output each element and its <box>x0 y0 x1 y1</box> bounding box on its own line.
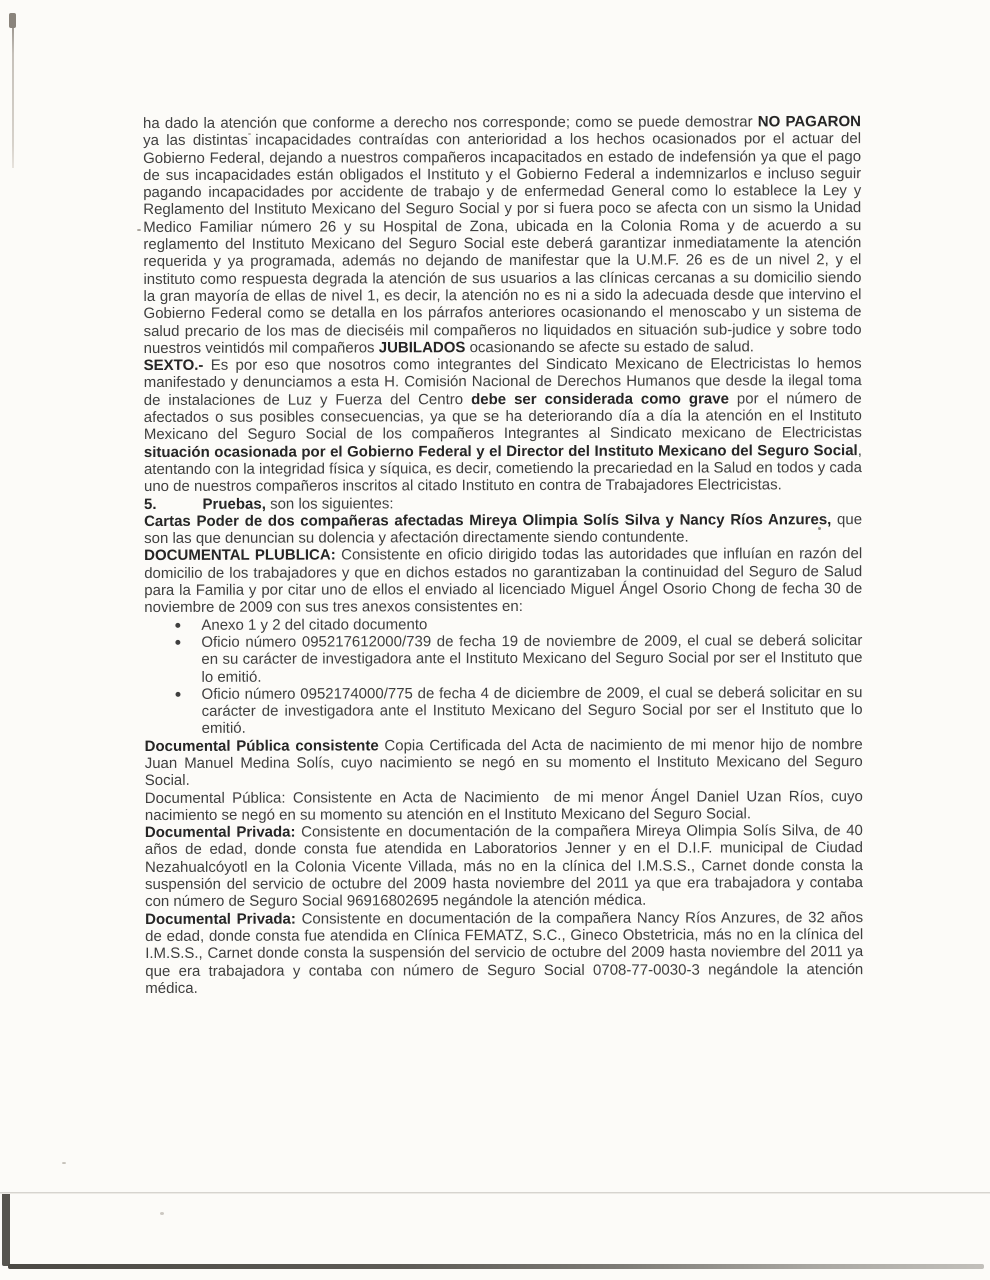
paragraph-documental-publica-oficio: DOCUMENTAL PLUBLICA: Consistente en ofic… <box>144 546 862 617</box>
bold-text-run: Documental Privada: <box>145 910 296 927</box>
scan-artifact-topleft-line <box>12 16 14 168</box>
text-run: Oficio número 095217612000/739 de fecha … <box>201 632 862 685</box>
text-run: Anexo 1 y 2 del citado documento <box>201 616 427 634</box>
paragraph-incapacidades: ha dado la atención que conforme a derec… <box>143 113 862 357</box>
scan-artifact-page-fold-line <box>0 1192 990 1193</box>
paragraph-documental-publica-acta-juan: Documental Pública consistente Copia Cer… <box>145 736 863 790</box>
text-run: ya las distintas incapacidades contraída… <box>143 130 862 356</box>
evidence-bullet-list: Anexo 1 y 2 del citado documento Oficio … <box>144 615 862 738</box>
scan-speck <box>160 1212 164 1215</box>
bold-text-run: Documental Pública consistente <box>145 737 379 755</box>
bold-text-run: JUBILADOS <box>379 339 466 356</box>
bullet-item-anexo: Anexo 1 y 2 del citado documento <box>144 615 862 634</box>
text-run: ha dado la atención que conforme a derec… <box>143 113 758 132</box>
bold-text-run: situación ocasionada por el Gobierno Fed… <box>144 442 858 461</box>
scan-speck <box>62 1162 66 1164</box>
text-run: ocasionando se afecte su estado de salud… <box>465 338 754 356</box>
scan-artifact-topleft-blob <box>9 13 16 28</box>
bold-text-run: Pruebas, <box>203 495 266 512</box>
bold-text-run: NO PAGARON <box>758 113 861 130</box>
document-body: ha dado la atención que conforme a derec… <box>143 113 863 997</box>
scan-artifact-bottom-edge-bar <box>8 1264 984 1269</box>
bold-text-run: SEXTO.- <box>144 357 204 374</box>
text-run: Oficio número 0952174000/775 de fecha 4 … <box>201 684 862 737</box>
paragraph-documental-privada-mireya: Documental Privada: Consistente en docum… <box>145 822 863 910</box>
paragraph-sexto: SEXTO.- Es por eso que nosotros como int… <box>144 355 862 495</box>
pruebas-heading: 5.Pruebas, son los siguientes: <box>144 494 862 513</box>
bold-text-run: 5. <box>144 495 157 512</box>
bullet-item-oficio-775: Oficio número 0952174000/775 de fecha 4 … <box>144 684 862 738</box>
paragraph-documental-publica-acta-angel: Documental Pública: Consistente en Acta … <box>145 788 863 824</box>
paragraph-cartas-poder: Cartas Poder de dos compañeras afectadas… <box>144 511 862 547</box>
bullet-item-oficio-739: Oficio número 095217612000/739 de fecha … <box>144 632 862 686</box>
text-run: son los siguientes: <box>266 495 394 512</box>
scan-speck <box>137 229 141 231</box>
bold-text-run: DOCUMENTAL PLUBLICA: <box>144 547 336 565</box>
bold-text-run: Cartas Poder de dos compañeras afectadas… <box>144 511 831 530</box>
scanned-document-page: ha dado la atención que conforme a derec… <box>0 0 990 1280</box>
bold-text-run: debe ser considerada como grave <box>471 390 729 408</box>
bold-text-run: Documental Privada: <box>145 824 296 841</box>
paragraph-documental-privada-nancy: Documental Privada: Consistente en docum… <box>145 909 863 997</box>
text-run: Documental Pública: Consistente en Acta … <box>145 788 863 824</box>
scan-artifact-left-edge-bar <box>2 1194 10 1266</box>
